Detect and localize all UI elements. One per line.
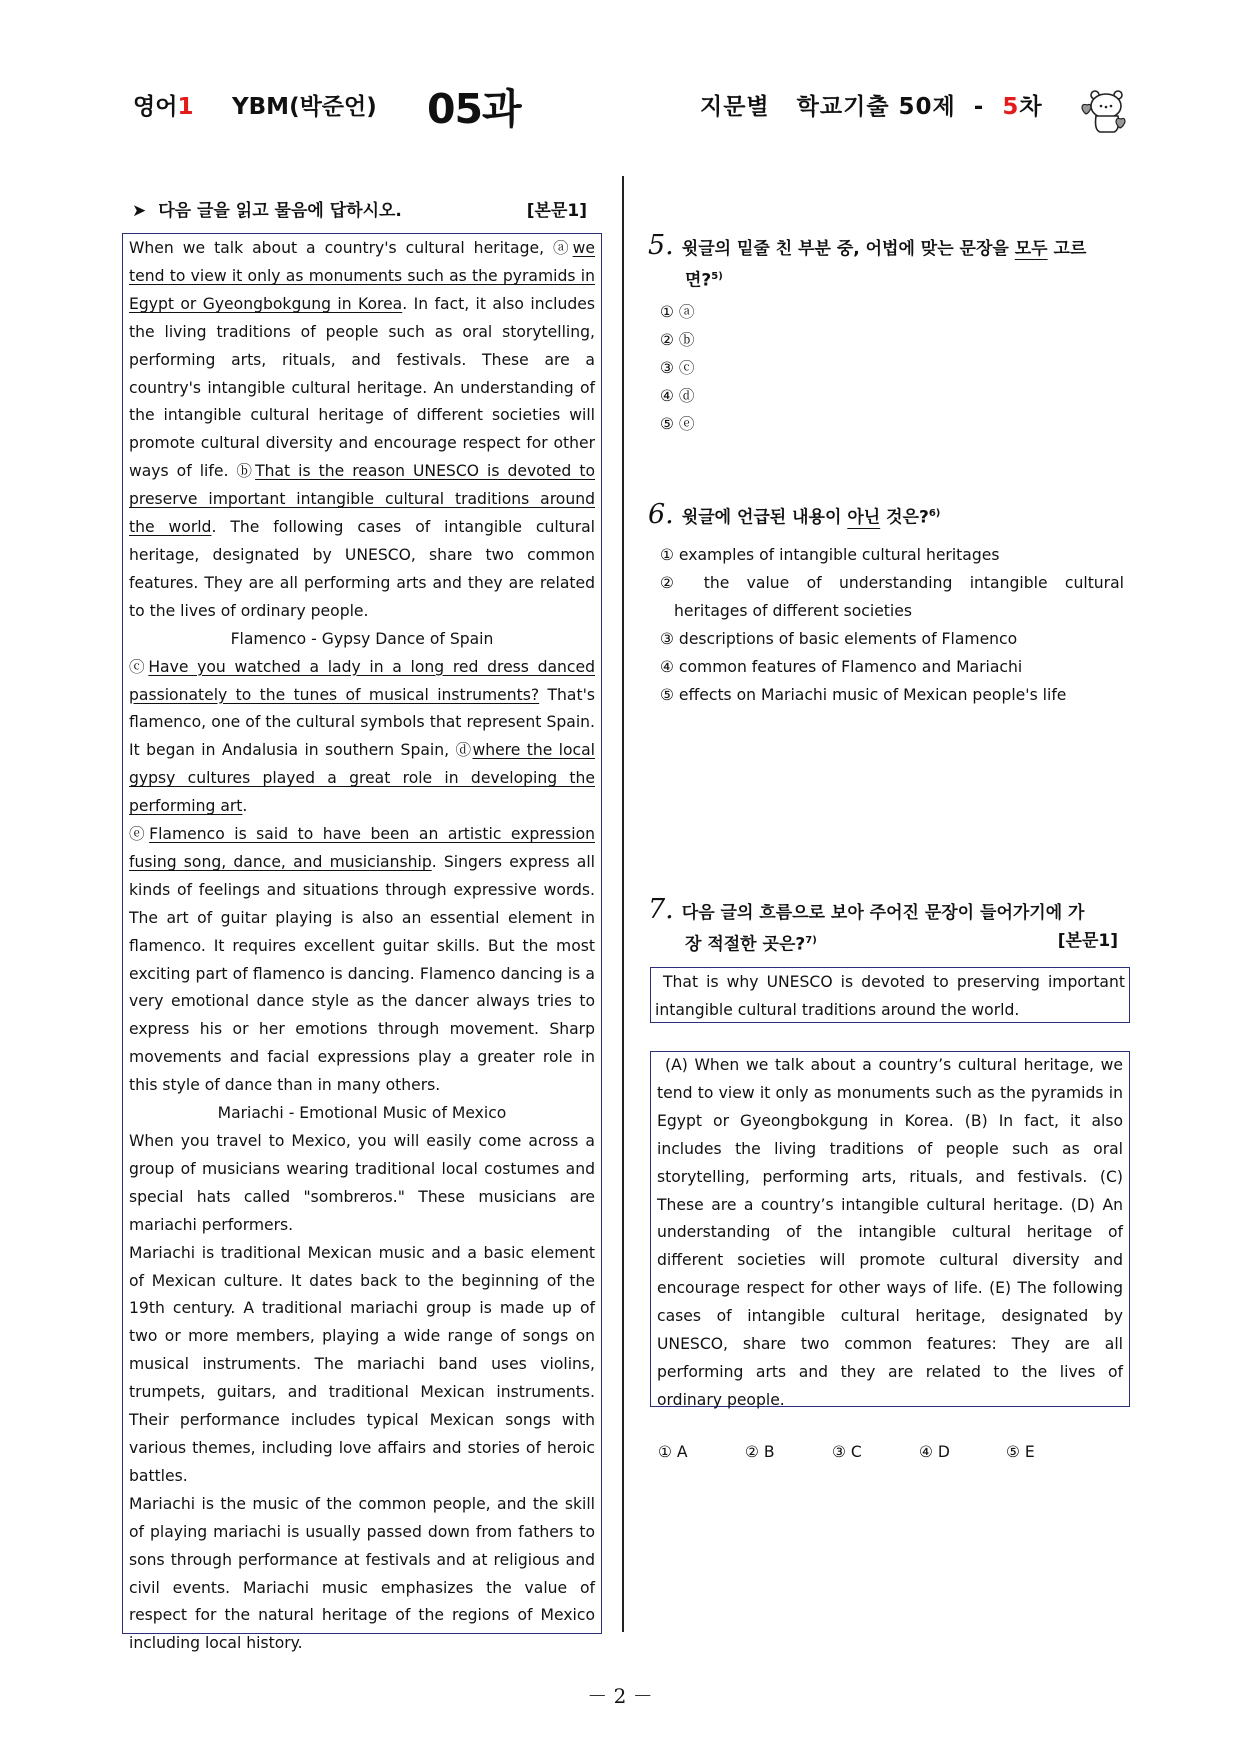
given-sentence-box: That is why UNESCO is devoted to preserv…	[650, 967, 1130, 1023]
q6-options: ① examples of intangible cultural herita…	[660, 541, 1124, 709]
option[interactable]: ③ ⓒ	[660, 354, 695, 382]
footnote-marker: 7)	[805, 935, 817, 946]
emphasis-text: 모두	[1015, 239, 1048, 259]
emphasis-text: 아닌	[847, 508, 880, 528]
series-round-suffix: 차	[1019, 94, 1042, 120]
paragraph-intro: When we talk about a country's cultural …	[129, 235, 595, 626]
question-text: 장 적절한 곳은?	[685, 935, 805, 955]
marker-d: ⓓ	[455, 741, 472, 759]
marker-e: ⓔ	[129, 825, 149, 843]
q7-passage-text: (A) When we talk about a country’s cultu…	[657, 1052, 1123, 1415]
instruction-line: ➤다음 글을 읽고 물음에 답하시오. [본문1]	[132, 196, 587, 221]
paragraph-flamenco-1: ⓒHave you watched a lady in a long red d…	[129, 654, 595, 821]
question-text: 다음 글의 흐름으로 보아 주어진 문장이 들어가기에 가	[682, 903, 1085, 923]
text: When we talk about a country's cultural …	[129, 239, 553, 257]
passage-tag: [본문1]	[1058, 927, 1118, 955]
question-number: 7.	[648, 894, 674, 925]
q7-options: ① A ② B ③ C ④ D ⑤ E	[658, 1443, 1093, 1461]
paragraph-mariachi-1: When you travel to Mexico, you will easi…	[129, 1128, 595, 1240]
text: .	[242, 797, 247, 815]
question-text: 윗글의 밑줄 친 부분 중, 어법에 맞는 문장을	[682, 239, 1015, 259]
option[interactable]: ② ⓑ	[660, 326, 695, 354]
question-text: 것은?	[880, 508, 929, 528]
given-sentence-line: intangible cultural traditions around th…	[655, 996, 1125, 1024]
marker-c: ⓒ	[129, 658, 148, 676]
option[interactable]: ⑤ ⓔ	[660, 410, 695, 438]
footnote-marker: 6)	[929, 508, 941, 519]
option[interactable]: ⑤ E	[1006, 1443, 1093, 1461]
arrow-icon: ➤	[132, 201, 146, 221]
marker-b: ⓑ	[236, 462, 255, 480]
given-sentence-line: That is why UNESCO is devoted to preserv…	[655, 968, 1125, 996]
question-text: 면?	[685, 271, 711, 291]
option[interactable]: ④ ⓓ	[660, 382, 695, 410]
lesson-title: 05과	[427, 76, 521, 135]
option[interactable]: ④ common features of Flamenco and Mariac…	[660, 653, 1124, 681]
heading-flamenco: Flamenco - Gypsy Dance of Spain	[129, 626, 595, 654]
option[interactable]: ③ C	[832, 1443, 919, 1461]
option[interactable]: ④ D	[919, 1443, 1006, 1461]
question-5: 5.윗글의 밑줄 친 부분 중, 어법에 맞는 문장을 모두 고르 면?5)	[648, 232, 1128, 295]
question-number: 5.	[648, 230, 674, 261]
publisher-label: YBM(박준언)	[232, 88, 377, 121]
instruction-text: 다음 글을 읽고 물음에 답하시오.	[158, 201, 402, 221]
text: . Singers express all kinds of feelings …	[129, 853, 595, 1094]
bear-holding-hearts-icon	[1078, 86, 1132, 136]
option[interactable]: ① examples of intangible cultural herita…	[660, 541, 1124, 569]
option[interactable]: ① A	[658, 1443, 745, 1461]
series-round-number: 5	[1002, 94, 1019, 120]
question-number: 6.	[648, 499, 674, 530]
option[interactable]: ② B	[745, 1443, 832, 1461]
column-divider	[622, 176, 624, 1632]
series-prefix: 지문별 학교기출 50제 -	[700, 94, 1002, 120]
reading-passage: When we talk about a country's cultural …	[122, 233, 602, 1634]
q7-passage-box: (A) When we talk about a country’s cultu…	[650, 1051, 1130, 1407]
option[interactable]: ③ descriptions of basic elements of Flam…	[660, 625, 1124, 653]
q5-options: ① ⓐ ② ⓑ ③ ⓒ ④ ⓓ ⑤ ⓔ	[660, 298, 695, 438]
subject-text: 영어	[133, 94, 177, 120]
paragraph-flamenco-2: ⓔFlamenco is said to have been an artist…	[129, 821, 595, 1100]
option-continuation: heritages of different societies	[660, 597, 1124, 625]
subject-number: 1	[177, 94, 193, 120]
option[interactable]: ② the value of understanding intangible …	[660, 569, 1124, 597]
question-text: 고르	[1048, 239, 1087, 259]
paragraph-mariachi-2: Mariachi is traditional Mexican music an…	[129, 1240, 595, 1491]
series-label: 지문별 학교기출 50제 - 5차	[700, 88, 1043, 121]
underlined-c: Have you watched a lady in a long red dr…	[129, 658, 595, 704]
question-text: 윗글에 언급된 내용이	[682, 508, 848, 528]
footnote-marker: 5)	[711, 271, 723, 282]
question-6: 6.윗글에 언급된 내용이 아닌 것은?6)	[648, 500, 1128, 532]
passage-tag: [본문1]	[527, 196, 587, 221]
question-7: 7.다음 글의 흐름으로 보아 주어진 문장이 들어가기에 가 장 적절한 곳은…	[648, 896, 1128, 959]
text: . In fact, it also includes the living t…	[129, 295, 595, 480]
marker-a: ⓐ	[553, 239, 573, 257]
option[interactable]: ⑤ effects on Mariachi music of Mexican p…	[660, 681, 1124, 709]
option[interactable]: ① ⓐ	[660, 298, 695, 326]
heading-mariachi: Mariachi - Emotional Music of Mexico	[129, 1100, 595, 1128]
subject-label: 영어1	[133, 88, 193, 121]
page-number: － 2 －	[0, 1680, 1240, 1709]
paragraph-mariachi-3: Mariachi is the music of the common peop…	[129, 1491, 595, 1658]
